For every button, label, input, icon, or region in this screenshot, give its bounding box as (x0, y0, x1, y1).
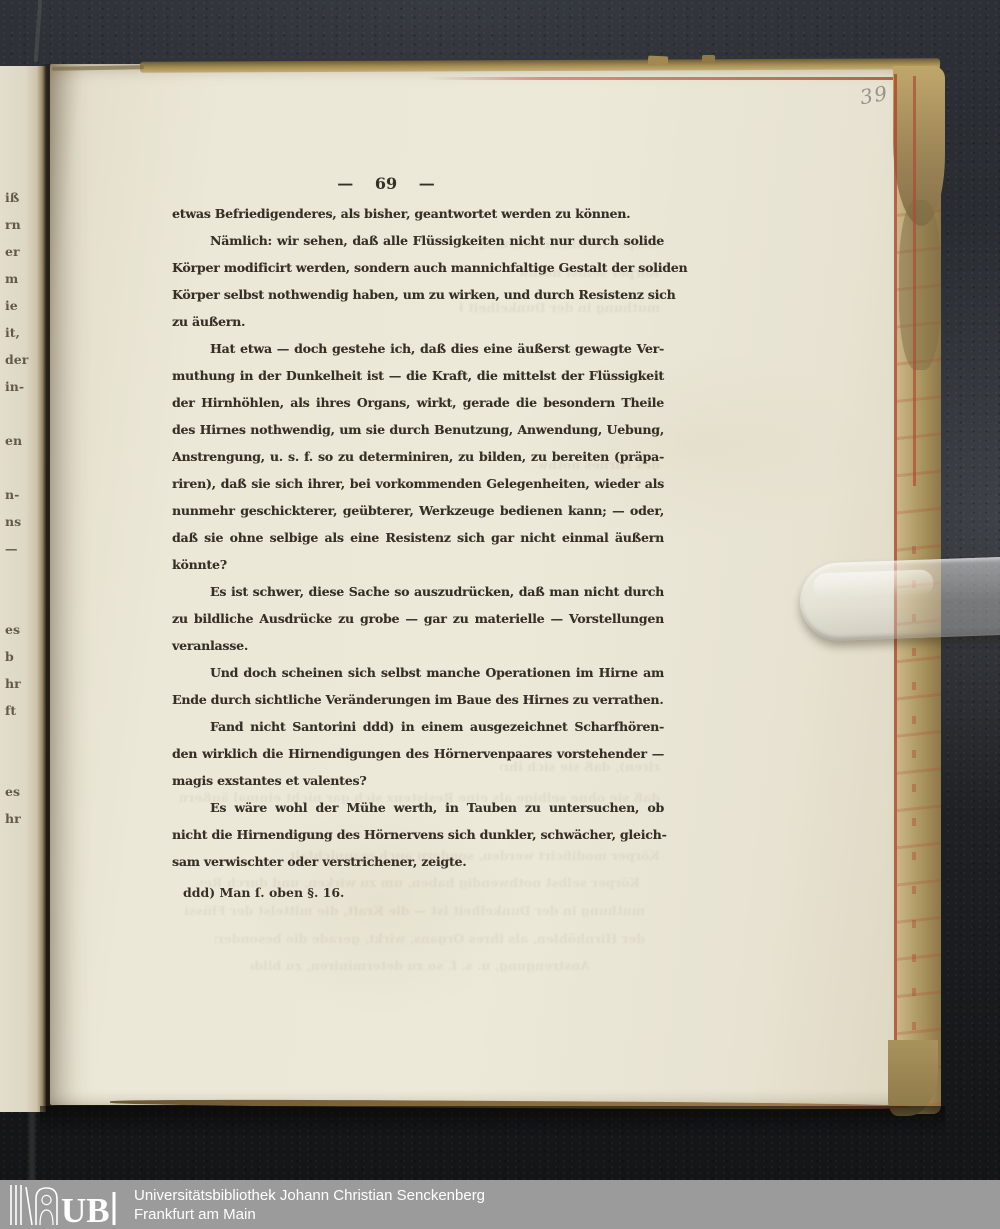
text-line: Körper modificirt werden, sondern auch m… (172, 254, 664, 281)
facing-page-strip: ißrnermieit,derin-enn-ns—esbhrfteshr (0, 66, 46, 1112)
bleedthrough-line: muthung in der Dunkelheit ist — die Kraf… (185, 901, 645, 921)
page-holder-strip (799, 557, 1000, 642)
text-line: nicht die Hirnendigung des Hörnervens si… (172, 821, 664, 848)
text-line: könnte? (172, 551, 664, 578)
facing-page-text-fragment: hr (5, 813, 43, 826)
worn-edge-patch (899, 200, 941, 370)
text-line: Und doch scheinen sich selbst manche Ope… (172, 659, 664, 686)
facing-page-text-fragment: m (5, 273, 43, 286)
facing-page-text-fragment: in- (5, 381, 43, 394)
text-line: den wirklich die Hirnendigungen des Hörn… (172, 740, 664, 767)
handwritten-folio-number: 39 (858, 82, 890, 109)
text-line: Hat etwa — doch gestehe ich, daß dies ei… (172, 335, 664, 362)
facing-page-text-fragment: es (5, 624, 43, 637)
strip-highlight (813, 569, 934, 599)
text-line: veranlasse. (172, 632, 664, 659)
text-line: magis exstantes et valentes? (172, 767, 664, 794)
page-number: — 69 — (286, 172, 486, 196)
text-line: daß sie ohne selbige als eine Resistenz … (172, 524, 664, 551)
facing-page-text-fragment: ie (5, 300, 43, 313)
edge-chip (648, 55, 668, 65)
facing-page-text-fragment: iß (5, 192, 43, 205)
text-line: Es wäre wohl der Mühe werth, in Tauben z… (172, 794, 664, 821)
text-line: Ende durch sichtliche Veränderungen im B… (172, 686, 664, 713)
library-banner: UB Universitätsbibliothek Johann Christi… (0, 1180, 1000, 1229)
bookshelf-lines-icon (11, 1185, 32, 1225)
text-line: Es ist schwer, diese Sache so auszudrück… (172, 578, 664, 605)
text-line: nunmehr geschickterer, geübterer, Werkze… (172, 497, 664, 524)
text-line: der Hirnhöhlen, als ihres Organs, wirkt,… (172, 389, 664, 416)
text-line: zu äußern. (172, 308, 664, 335)
facing-page-text-fragment: en (5, 435, 43, 448)
text-line: muthung in der Dunkelheit ist — die Kraf… (172, 362, 664, 389)
text-line: des Hirnes nothwendig, um sie durch Benu… (172, 416, 664, 443)
goethe-portrait-icon (36, 1188, 57, 1225)
book-scan-viewer: ißrnermieit,derin-enn-ns—esbhrfteshr Kör… (0, 0, 1000, 1229)
text-line: Körper selbst nothwendig haben, um zu wi… (172, 281, 664, 308)
facing-page-text-fragment: n- (5, 489, 43, 502)
page-bottom-shadow (40, 1106, 945, 1142)
text-line: riren), daß sie sich ihrer, bei vorkomme… (172, 470, 664, 497)
facing-page-text-fragment: der (5, 354, 43, 367)
facing-page-text-fragment: hr (5, 678, 43, 691)
library-name: Universitätsbibliothek Johann Christian … (134, 1186, 485, 1205)
bleedthrough-line: der Hirnhöhlen, als ihres Organs, wirkt,… (215, 929, 645, 949)
ub-logo-text: UB (61, 1191, 110, 1227)
facing-page-text-fragment: it, (5, 327, 43, 340)
facing-page-text-fragment: — (5, 543, 43, 556)
bleedthrough-line: Anstrengung, u. s. f. so zu determiniren… (250, 956, 590, 976)
footnote: ddd) Man ſ. oben §. 16. (183, 884, 344, 902)
text-line: etwas Befriedigenderes, als bisher, gean… (172, 200, 664, 227)
text-line: zu bildliche Ausdrücke zu grobe — gar zu… (172, 605, 664, 632)
library-location: Frankfurt am Main (134, 1205, 485, 1224)
facing-page-text-fragment: es (5, 786, 43, 799)
red-stain-line-top (425, 77, 897, 80)
facing-page-text-fragment: ft (5, 705, 43, 718)
facing-page-text-fragment: ns (5, 516, 43, 529)
red-stain-line-right-2 (913, 76, 916, 486)
facing-page-text-fragment: b (5, 651, 43, 664)
ub-logo: UB (8, 1183, 120, 1227)
edge-chip (702, 55, 715, 63)
cover-board-edge-bottom (29, 1110, 35, 1182)
text-line: Nämlich: wir sehen, daß alle Flüssigkeit… (172, 227, 664, 254)
facing-page-text-fragment: rn (5, 219, 43, 232)
facing-page-text-fragment: er (5, 246, 43, 259)
text-line: Anstrengung, u. s. f. so zu determiniren… (172, 443, 664, 470)
text-line: sam verwischter oder verstrichener, zeig… (172, 848, 664, 875)
text-line: Fand nicht Santorini ddd) in einem ausge… (172, 713, 664, 740)
